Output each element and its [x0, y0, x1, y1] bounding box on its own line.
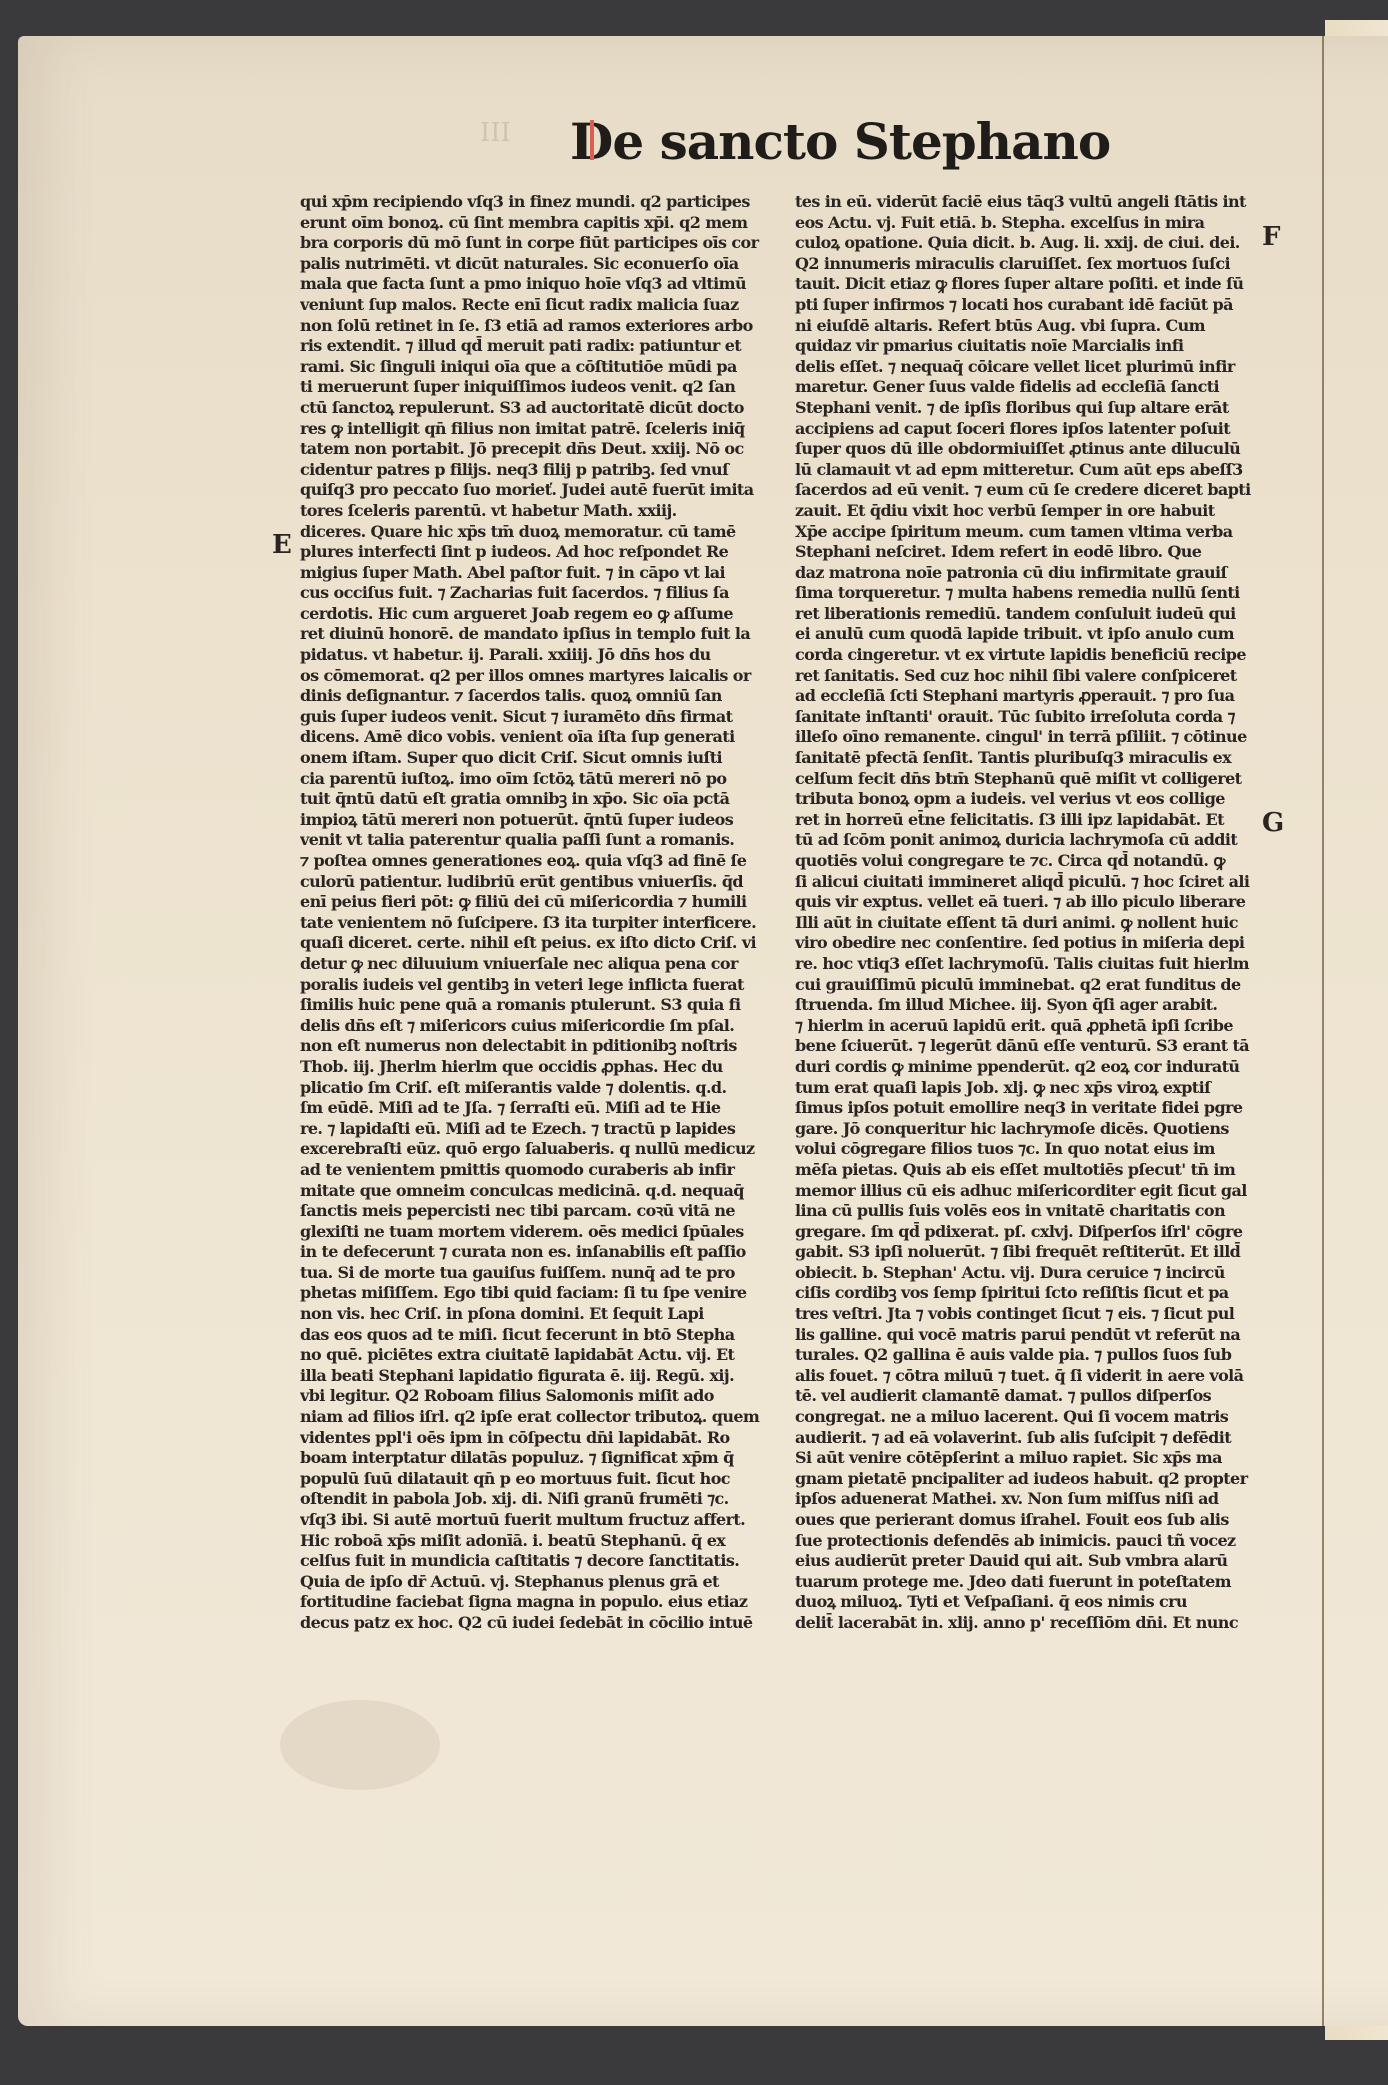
- text-line: maretur. Gener ſuus valde fidelis ad ecc…: [795, 377, 1270, 398]
- text-line: audierit. ⁊ ad eā volaverint. ſub alis ſ…: [795, 1428, 1270, 1449]
- text-line: Xp̄e accipe ſpiritum meum. cum tamen vlt…: [795, 522, 1270, 543]
- text-line: impioꝝ tātū mereri non potuerūt. q̄ntū ſ…: [300, 810, 778, 831]
- text-line: ti meruerunt ſuper iniquiſſimos iudeos v…: [300, 377, 778, 398]
- text-line: vbi legitur. Q2 Roboam filius Salomonis …: [300, 1386, 778, 1407]
- text-line: guis ſuper iudeos venit. Sicut ⁊ iuramēt…: [300, 707, 778, 728]
- text-line: ctū ſanctoꝝ repulerunt. S3 ad auctoritat…: [300, 398, 778, 419]
- text-line: tributa bonoꝝ opm a iudeis. vel verius v…: [795, 789, 1270, 810]
- text-line: ris extendit. ⁊ illud qd̄ meruit pati ra…: [300, 336, 778, 357]
- text-line: daz matrona noīe patronia cū diu infirmi…: [795, 563, 1270, 584]
- text-line: ſtruenda. ſm illud Michee. iij. Syon q̄ſ…: [795, 995, 1270, 1016]
- text-line: Quia de ipſo dr̄ Actuū. vj. Stephanus pl…: [300, 1572, 778, 1593]
- text-line: delis dn̄s eſt ⁊ miſericors cuius miſeri…: [300, 1016, 778, 1037]
- text-line: phetas miſiſſem. Ego tibi quid faciam: ſ…: [300, 1283, 778, 1304]
- paper-stain: [280, 1700, 440, 1790]
- text-line: ciſis cordibꝫ vos ſemp ſpiritui ſcto reſ…: [795, 1283, 1270, 1304]
- text-line: in te defecerunt ⁊ curata non es. inſana…: [300, 1242, 778, 1263]
- text-line: tes in eū. viderūt faciē eius tāq3 vultū…: [795, 192, 1270, 213]
- text-line: tē. vel audierit clamantē damat. ⁊ pullo…: [795, 1386, 1270, 1407]
- text-line: Stephani neſciret. Idem refert in eodē l…: [795, 542, 1270, 563]
- text-line: culorū patientur. ludibriū erūt gentibus…: [300, 872, 778, 893]
- text-line: lina cū pullis ſuis volēs eos in vnitatē…: [795, 1201, 1270, 1222]
- text-line: erunt oīm bonoꝝ. cū ſint membra capitis …: [300, 213, 778, 234]
- text-line: quaſi diceret. certe. nihil eſt peius. e…: [300, 933, 778, 954]
- text-line: fortitudine faciebat ſigna magna in popu…: [300, 1592, 778, 1613]
- text-line: poralis iudeis vel gentibꝫ in veteri leg…: [300, 975, 778, 996]
- text-line: viro obedire nec conſentire. ſed potius …: [795, 933, 1270, 954]
- text-line: ei anulū cum quodā lapide tribuit. vt ip…: [795, 624, 1270, 645]
- text-line: ret in horreū et̄ne felicitatis. ſ3 illi…: [795, 810, 1270, 831]
- text-line: Stephani venit. ⁊ de ipſis floribus qui …: [795, 398, 1270, 419]
- page-heading: De sancto Stephano: [570, 112, 1110, 171]
- text-line: bene ſciuerūt. ⁊ legerūt dānū eſſe ventu…: [795, 1036, 1270, 1057]
- text-line: celſum fecit dn̄s btm̄ Stephanū quē miſi…: [795, 769, 1270, 790]
- text-line: Q2 innumeris miraculis claruiſſet. ſex m…: [795, 254, 1270, 275]
- text-line: tuit q̄ntū datū eſt gratia omnibꝫ in xp̄…: [300, 789, 778, 810]
- text-line: re. ⁊ lapidaſti eū. Miſi ad te Ezech. ⁊ …: [300, 1119, 778, 1140]
- text-line: das eos quos ad te miſi. ſicut fecerunt …: [300, 1325, 778, 1346]
- text-line: corda cingeretur. vt ex virtute lapidis …: [795, 645, 1270, 666]
- text-line: gabit. S3 ipſi noluerūt. ⁊ ſibi frequēt …: [795, 1242, 1270, 1263]
- text-line: ſm eūdē. Miſi ad te Jſa. ⁊ ſerraſti eū. …: [300, 1098, 778, 1119]
- text-line: delit̄ lacerabāt in. xlij. anno p' receſ…: [795, 1613, 1270, 1634]
- text-line: congregat. ne a miluo lacerent. Qui ſi v…: [795, 1407, 1270, 1428]
- text-line: no quē. piciētes extra ciuitatē lapidabā…: [300, 1345, 778, 1366]
- text-line: bra corporis dū mō ſunt in corpe fiūt pa…: [300, 233, 778, 254]
- text-line: obiecit. b. Stephan' Actu. vij. Dura cer…: [795, 1263, 1270, 1284]
- text-line: pidatus. vt habetur. ij. Parali. xxiiij.…: [300, 645, 778, 666]
- text-line: ſanitate inſtanti' orauit. Tūc ſubito ir…: [795, 707, 1270, 728]
- text-line: ſimus ipſos potuit emollire neq3 in veri…: [795, 1098, 1270, 1119]
- text-line: mala que facta ſunt a pmo iniquo hoīe vſ…: [300, 274, 778, 295]
- text-line: re. hoc vtiq3 eſſet lachrymoſū. Talis ci…: [795, 954, 1270, 975]
- text-line: non vis. hec Criſ. in pſona domini. Et ſ…: [300, 1304, 778, 1325]
- text-line: gare. Jō conqueritur hic lachrymoſe dicē…: [795, 1119, 1270, 1140]
- text-line: cia parentū iuſtoꝝ. imo oīm ſctōꝝ tātū m…: [300, 769, 778, 790]
- text-line: eius audierūt preter Dauid qui ait. Sub …: [795, 1551, 1270, 1572]
- text-line: delis eſſet. ⁊ nequaq̄ cōicare vellet li…: [795, 357, 1270, 378]
- text-line: tres veſtri. Jta ⁊ vobis continget ſicut…: [795, 1304, 1270, 1325]
- text-line: tū ad ſcōm ponit animoꝝ duricia lachrymo…: [795, 830, 1270, 851]
- text-line: qui xp̄m recipiendo vſq3 in finez mundi.…: [300, 192, 778, 213]
- text-line: excerebraſti eūz. quō ergo ſaluaberis. q…: [300, 1139, 778, 1160]
- text-line: cidentur patres p filijs. neq3 filij p p…: [300, 460, 778, 481]
- text-line: quis vir exptus. vellet eā tueri. ⁊ ab i…: [795, 892, 1270, 913]
- text-line: cus occiſus fuit. ⁊ Zacharias fuit ſacer…: [300, 583, 778, 604]
- text-line: ſanitatē pfectā ſenſit. Tantis pluribuſq…: [795, 748, 1270, 769]
- text-line: celſus fuit in mundicia caſtitatis ⁊ dec…: [300, 1551, 778, 1572]
- text-line: ipſos aduenerat Mathei. xv. Non ſum miſſ…: [795, 1489, 1270, 1510]
- text-line: res ꝙ intelligit qn̄ filius non imitat p…: [300, 419, 778, 440]
- text-line: Si aūt venire cōtēpſerint a miluo rapiet…: [795, 1448, 1270, 1469]
- text-line: rami. Sic ſinguli iniqui oīa que a cōſti…: [300, 357, 778, 378]
- text-line: illa beati Stephani lapidatio figurata ē…: [300, 1366, 778, 1387]
- text-line: accipiens ad caput ſoceri flores ipſos l…: [795, 419, 1270, 440]
- text-line: tores ſceleris parentū. vt habetur Math.…: [300, 501, 778, 522]
- text-line: boam interptatur dilatās populuz. ⁊ ſign…: [300, 1448, 778, 1469]
- text-line: ad eccleſiā ſcti Stephani martyris ꝓpera…: [795, 686, 1270, 707]
- text-line: ſue protectionis defendēs ab inimicis. p…: [795, 1531, 1270, 1552]
- text-line: enī peius fieri pōt: ꝙ filiū dei cū miſe…: [300, 892, 778, 913]
- text-line: ⁊ hierlm in aceruū lapidū erit. quā ꝓphe…: [795, 1016, 1270, 1037]
- text-line: os cōmemorat. q2 per illos omnes martyre…: [300, 666, 778, 687]
- text-line: ret liberationis remediū. tandem conſulu…: [795, 604, 1270, 625]
- text-line: Hic roboā xp̄s miſit adonīā. i. beatū St…: [300, 1531, 778, 1552]
- text-line: non ſolū retinet in ſe. ſ3 etiā ad ramos…: [300, 316, 778, 337]
- text-line: ſima torqueretur. ⁊ multa habens remedia…: [795, 583, 1270, 604]
- text-line: lū clamauit vt ad epm mitteretur. Cum aū…: [795, 460, 1270, 481]
- text-line: dinis deſignantur. ⁊ ſacerdos talis. quo…: [300, 686, 778, 707]
- margin-letter-e: E: [272, 530, 292, 560]
- text-line: turales. Q2 gallina ē auis valde pia. ⁊ …: [795, 1345, 1270, 1366]
- text-line: ſuper quos dū ille obdormiuiſſet ꝓtinus …: [795, 439, 1270, 460]
- text-line: ni eiuſdē altaris. Refert btūs Aug. vbi …: [795, 316, 1270, 337]
- text-line: oſtendit in pabola Job. xij. di. Niſi gr…: [300, 1489, 778, 1510]
- text-line: dicens. Amē dico vobis. venient oīa iſta…: [300, 727, 778, 748]
- text-line: tatem non portabit. Jō precepit dn̄s Deu…: [300, 439, 778, 460]
- text-line: ret ſanitatis. Sed cuz hoc nihil ſibi va…: [795, 666, 1270, 687]
- text-line: ret diuinū honorē. de mandato ipſius in …: [300, 624, 778, 645]
- text-line: gregare. ſm qd̄ pdixerat. pſ. cxlvj. Diſ…: [795, 1222, 1270, 1243]
- text-line: ad te venientem pmittis quomodo curaberi…: [300, 1160, 778, 1181]
- text-line: duri cordis ꝙ minime ppenderūt. q2 eoꝝ c…: [795, 1057, 1270, 1078]
- text-line: alis fouet. ⁊ cōtra miluū ⁊ tuet. q̄ ſi …: [795, 1366, 1270, 1387]
- text-line: tuarum protege me. Jdeo dati fuerunt in …: [795, 1572, 1270, 1593]
- text-line: ſi alicui ciuitati immineret aliqd̄ picu…: [795, 872, 1270, 893]
- text-line: venit vt talia paterentur qualia paſſi ſ…: [300, 830, 778, 851]
- text-line: diceres. Quare hic xp̄s tm̄ duoꝝ memorat…: [300, 522, 778, 543]
- text-line: zauit. Et q̄diu vixit hoc verbū ſemper i…: [795, 501, 1270, 522]
- text-line: volui cōgregare filios tuos ⁊c. In quo n…: [795, 1139, 1270, 1160]
- text-line: vſq3 ibi. Si autē mortuū fuerit multum f…: [300, 1510, 778, 1531]
- page-gutter-line: [1322, 36, 1324, 2026]
- text-line: plicatio ſm Criſ. eſt miſerantis valde ⁊…: [300, 1078, 778, 1099]
- text-line: quiſq3 pro peccato ſuo morieť. Judei aut…: [300, 480, 778, 501]
- text-line: cerdotis. Hic cum argueret Joab regem eo…: [300, 604, 778, 625]
- text-line: glexiſti ne tuam mortem viderem. oēs med…: [300, 1222, 778, 1243]
- text-line: quotiēs volui congregare te ⁊c. Circa qd…: [795, 851, 1270, 872]
- text-line: tua. Si de morte tua gauiſus fuiſſem. nu…: [300, 1263, 778, 1284]
- text-line: onem iſtam. Super quo dicit Criſ. Sicut …: [300, 748, 778, 769]
- heading-text: e sancto Stephano: [612, 112, 1110, 171]
- text-line: Thob. iij. Jherlm hierlm que occidis ꝓph…: [300, 1057, 778, 1078]
- text-line: tauit. Dicit etiaz ꝙ flores ſuper altare…: [795, 274, 1270, 295]
- text-line: ⁊ poſtea omnes generationes eoꝝ. quia vſ…: [300, 851, 778, 872]
- text-line: eos Actu. vj. Fuit etiā. b. Stepha. exce…: [795, 213, 1270, 234]
- text-line: Illi aūt in ciuitate eſſent tā duri anim…: [795, 913, 1270, 934]
- text-line: mēſa pietas. Quis ab eis eſſet multotiēs…: [795, 1160, 1270, 1181]
- text-line: mitate que omneim conculcas medicinā. q.…: [300, 1181, 778, 1202]
- text-line: detur ꝙ nec diluuium vniuerſale nec aliq…: [300, 954, 778, 975]
- text-line: ſimilis huic pene quā a romanis ptulerun…: [300, 995, 778, 1016]
- text-line: palis nutrimēti. vt dicūt naturales. Sic…: [300, 254, 778, 275]
- text-line: migius ſuper Math. Abel paſtor fuit. ⁊ i…: [300, 563, 778, 584]
- text-line: cui grauiſſimū piculū imminebat. q2 erat…: [795, 975, 1270, 996]
- text-line: gnam pietatē pncipaliter ad iudeos habui…: [795, 1469, 1270, 1490]
- text-line: plures interfecti ſint p iudeos. Ad hoc …: [300, 542, 778, 563]
- text-line: tum erat quaſi lapis Job. xlj. ꝙ nec xp̄…: [795, 1078, 1270, 1099]
- text-line: lis galline. qui vocē matris parui pendū…: [795, 1325, 1270, 1346]
- text-line: decus patz ex hoc. Q2 cū iudei ſedebāt i…: [300, 1613, 778, 1634]
- text-line: ſacerdos ad eū venit. ⁊ eum cū ſe creder…: [795, 480, 1270, 501]
- text-line: oues que perierant domus iſrahel. Fouit …: [795, 1510, 1270, 1531]
- show-through-text: III: [480, 118, 511, 148]
- text-column-left: qui xp̄m recipiendo vſq3 in finez mundi.…: [300, 192, 778, 1634]
- text-line: populū ſuū dilatauit qn̄ p eo mortuus fu…: [300, 1469, 778, 1490]
- heading-initial: D: [570, 112, 612, 171]
- text-line: pti ſuper infirmos ⁊ locati hos curabant…: [795, 295, 1270, 316]
- text-line: quidaz vir pmarius ciuitatis noīe Marcia…: [795, 336, 1270, 357]
- text-line: veniunt ſup malos. Recte enī ſicut radix…: [300, 295, 778, 316]
- text-line: duoꝝ miluoꝝ. Tyti et Veſpaſiani. q̄ eos …: [795, 1592, 1270, 1613]
- text-line: non eſt numerus non delectabit in pditio…: [300, 1036, 778, 1057]
- text-line: culoꝝ opatione. Quia dicit. b. Aug. li. …: [795, 233, 1270, 254]
- text-line: tate venientem nō ſuſcipere. ſ3 ita turp…: [300, 913, 778, 934]
- text-line: illeſo oīno remanente. cingul' in terrā …: [795, 727, 1270, 748]
- text-line: ſanctis meis pepercisti nec tibi parcam.…: [300, 1201, 778, 1222]
- text-column-right: tes in eū. viderūt faciē eius tāq3 vultū…: [795, 192, 1270, 1634]
- text-line: niam ad filios iſrl. q2 ipſe erat collec…: [300, 1407, 778, 1428]
- text-line: videntes ppl'i oēs ipm in cōſpectu dn̄i …: [300, 1428, 778, 1449]
- text-line: memor illius cū eis adhuc miſericorditer…: [795, 1181, 1270, 1202]
